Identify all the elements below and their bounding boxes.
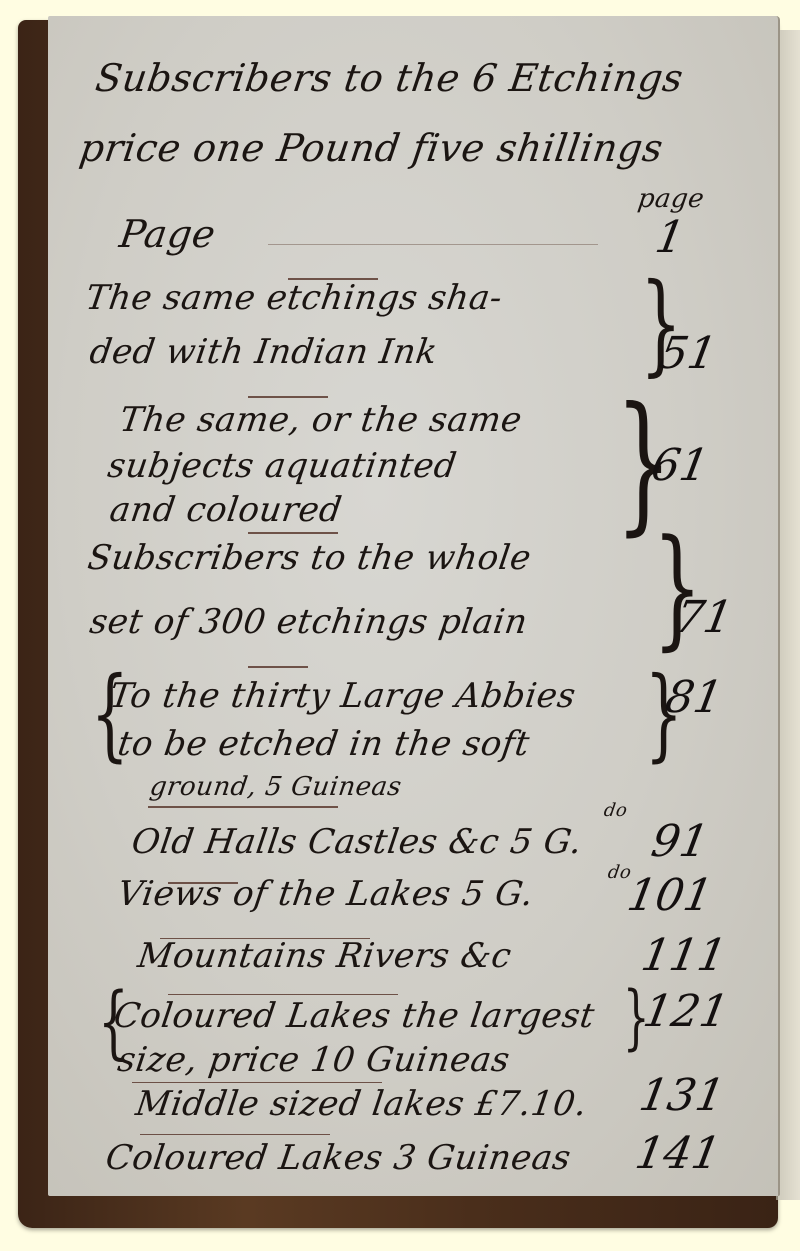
entry-6-line-0: Views of the Lakes 5 G. [115, 874, 536, 914]
separator-rule [168, 994, 398, 995]
entry-5-ditto: do [603, 800, 629, 821]
entry-4-line-2: ground, 5 Guineas [148, 772, 404, 802]
entry-3-page: 71 [672, 592, 737, 643]
page-column-label: page [636, 184, 706, 214]
heading-line-2: price one Pound five shillings [77, 126, 666, 170]
entry-2-line-1: subjects aquatinted [105, 446, 459, 486]
heading-line-1: Subscribers to the 6 Etchings [93, 56, 686, 100]
entry-4-line-1: to be etched in the soft [115, 724, 532, 764]
entry-0-line-0: Page [117, 212, 219, 256]
underline [148, 806, 338, 808]
entry-0-page: 1 [652, 212, 689, 263]
entry-8-page: 121 [640, 986, 733, 1037]
entry-3-line-0: Subscribers to the whole [85, 538, 533, 578]
entry-6-ditto: do [607, 862, 633, 883]
entry-10-page: 141 [632, 1128, 725, 1179]
entry-8-line-0: Coloured Lakes the largest [111, 996, 597, 1036]
entry-5-line-0: Old Halls Castles &c 5 G. [129, 822, 584, 862]
entry-4-line-0: To the thirty Large Abbies [107, 676, 578, 716]
manuscript-page: Subscribers to the 6 Etchings price one … [48, 16, 780, 1196]
entry-7-line-0: Mountains Rivers &c [135, 936, 514, 976]
entry-1-page: 51 [656, 328, 721, 379]
separator-rule [248, 666, 308, 668]
entry-2-line-0: The same, or the same [117, 400, 524, 440]
separator-rule [132, 1082, 382, 1083]
entry-4-page: 81 [662, 672, 727, 723]
entry-1-line-0: The same etchings sha- [83, 278, 505, 318]
separator-rule [248, 396, 328, 398]
entry-6-page: 101 [624, 870, 717, 921]
entry-1-line-1: ded with Indian Ink [87, 332, 440, 372]
entry-5-page: 91 [648, 816, 713, 867]
entry-8-line-1: size, price 10 Guineas [115, 1040, 512, 1080]
entry-9-line-0: Middle sized lakes £7.10. [133, 1084, 589, 1124]
entry-2-page: 61 [648, 440, 713, 491]
entry-10-line-0: Coloured Lakes 3 Guineas [103, 1138, 573, 1178]
separator-rule [140, 1134, 330, 1135]
entry-7-page: 111 [638, 930, 731, 981]
underline [248, 532, 338, 534]
entry-9-page: 131 [636, 1070, 729, 1121]
entry-2-line-2: and coloured [107, 490, 344, 530]
dotted-leader [268, 244, 598, 245]
entry-3-line-1: set of 300 etchings plain [87, 602, 530, 642]
